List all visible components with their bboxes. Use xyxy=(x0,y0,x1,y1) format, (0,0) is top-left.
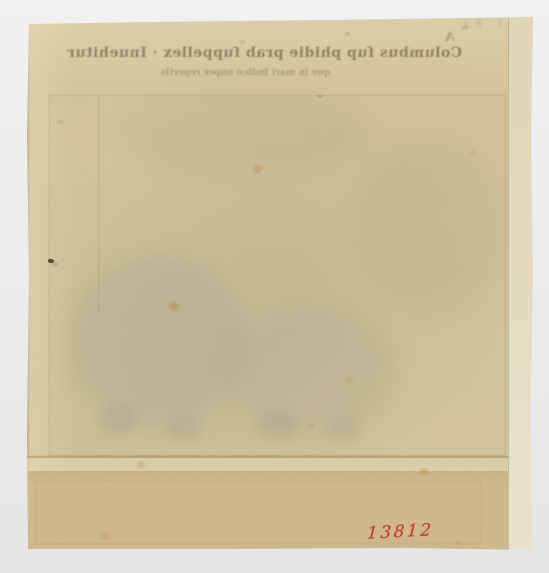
woodcut-showthrough-blob xyxy=(67,256,247,426)
woodcut-figure-showthrough xyxy=(327,416,362,441)
foxing-spot xyxy=(253,165,262,173)
woodcut-showthrough-blob xyxy=(117,86,367,176)
foxing-spot xyxy=(100,532,110,540)
show-through-subtitle-line: que in mari Indico nuper repertis xyxy=(200,68,330,78)
show-through-initial: A xyxy=(440,30,460,45)
foxing-spot xyxy=(308,423,315,429)
woodcut-figure-showthrough xyxy=(167,416,202,441)
foxing-spot xyxy=(58,120,63,124)
photo-background: Columbus ſup phidie prab ſuppellex · Inu… xyxy=(0,0,549,573)
foxing-spot xyxy=(455,540,461,545)
woodcut-showthrough-blob xyxy=(227,306,397,436)
show-through-title-line: Columbus ſup phidie prab ſuppellex · Inu… xyxy=(75,45,462,61)
woodcut-figure-showthrough xyxy=(257,411,297,439)
fold-highlight xyxy=(27,458,510,471)
foxing-spot xyxy=(137,461,145,468)
foxing-spot xyxy=(345,377,353,384)
woodcut-showthrough-blob xyxy=(357,136,507,316)
foxing-spot xyxy=(169,302,179,311)
foxing-spot xyxy=(345,32,350,36)
collection-number-inscription: 13812 xyxy=(367,520,435,544)
bottom-fold-band xyxy=(27,471,510,550)
right-fold-strip xyxy=(508,16,533,550)
print-sheet: Columbus ſup phidie prab ſuppellex · Inu… xyxy=(27,16,533,550)
foxing-spot xyxy=(318,95,322,98)
foxing-spot xyxy=(420,468,428,475)
woodcut-figure-showthrough xyxy=(97,406,137,436)
foxing-spot xyxy=(470,150,475,155)
foxing-spot xyxy=(462,25,468,30)
ink-spot xyxy=(48,259,54,263)
foxing-spot xyxy=(240,40,245,44)
